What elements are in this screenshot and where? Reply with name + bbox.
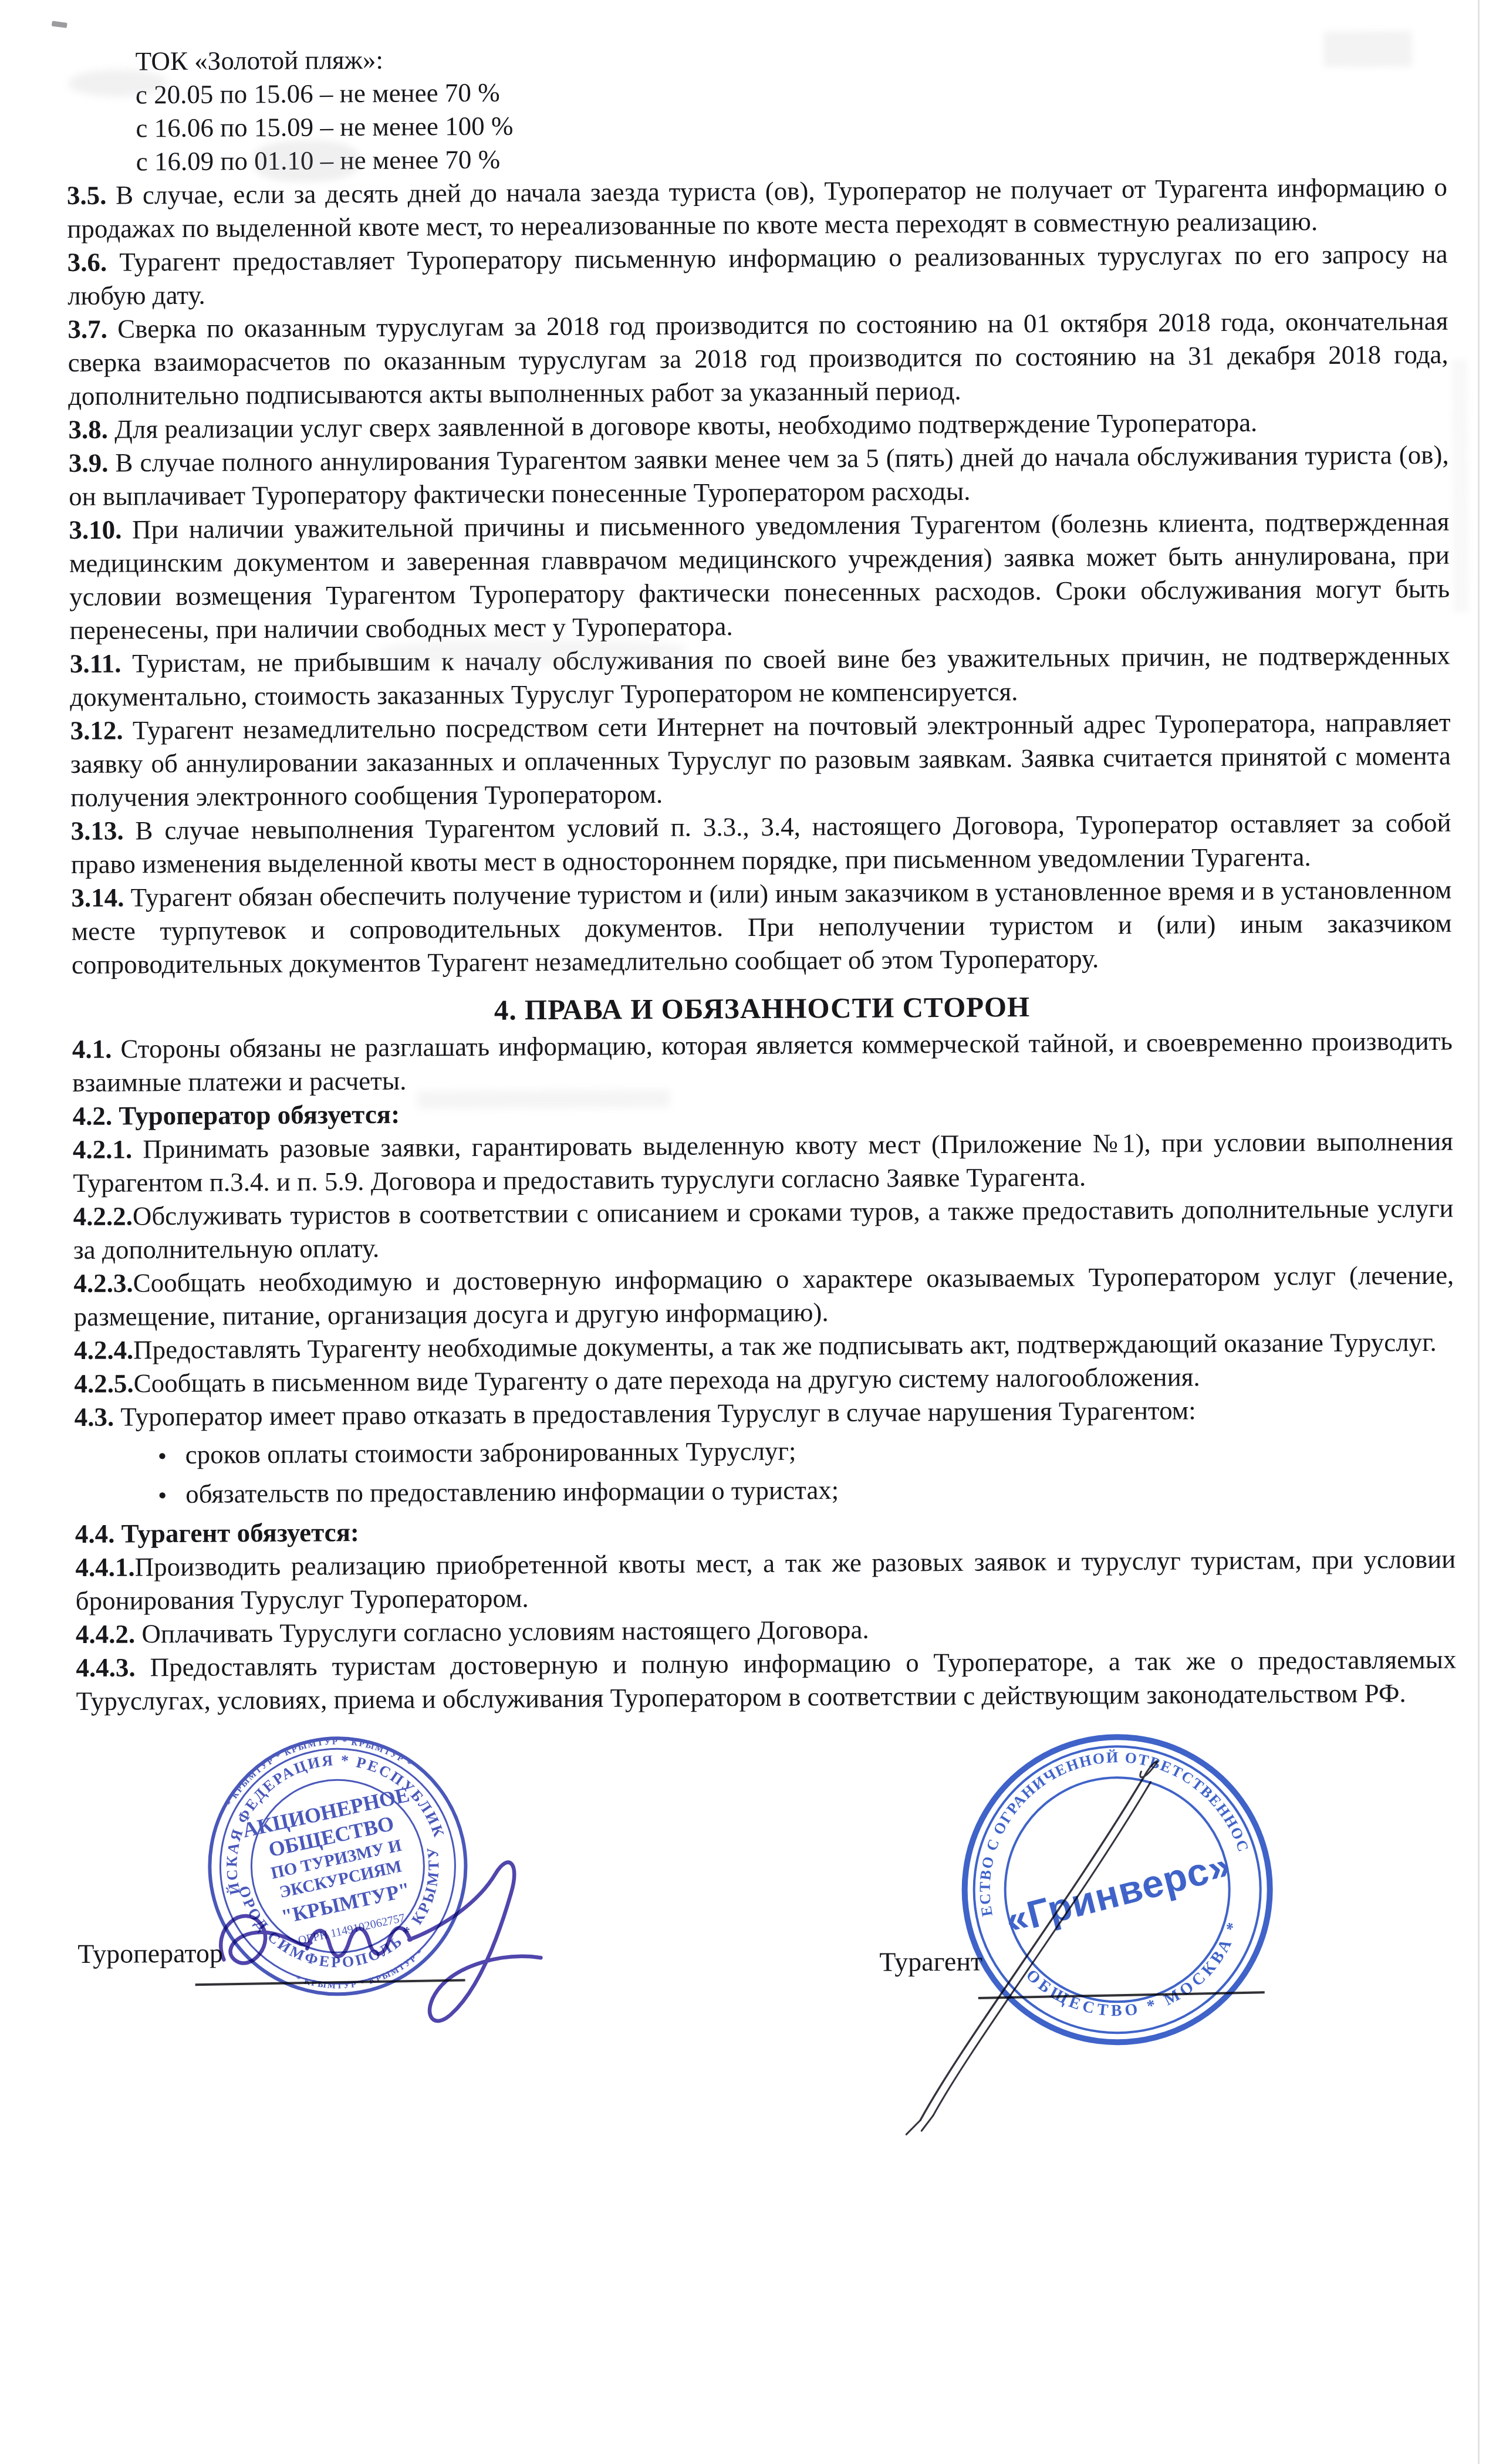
bullet-icon: ●	[158, 1479, 167, 1512]
contract-paragraph: 3.13. В случае невыполнения Турагентом у…	[70, 806, 1451, 881]
clause-number: 4.2.1.	[73, 1134, 133, 1164]
clause-number: 3.9.	[69, 448, 109, 478]
scanned-contract-page: ТОК «Золотой пляж»:с 20.05 по 15.06 – не…	[0, 0, 1496, 2464]
contract-paragraph: 3.11. Туристам, не прибывшим к началу об…	[70, 639, 1451, 714]
clause-number: 3.14.	[71, 883, 124, 913]
clause-number: 3.5.	[67, 181, 107, 210]
section-heading: 4. ПРАВА И ОБЯЗАННОСТИ СТОРОН	[72, 988, 1452, 1029]
contract-paragraph: 4.1. Стороны обязаны не разглашать инфор…	[72, 1025, 1453, 1100]
bullet-text: обязательств по предоставлению информаци…	[185, 1475, 839, 1509]
document-body: ТОК «Золотой пляж»:с 20.05 по 15.06 – не…	[66, 37, 1456, 1718]
contract-paragraph: 3.7. Сверка по оказанным туруслугам за 2…	[67, 305, 1448, 413]
clause-number: 4.2.2.	[73, 1201, 133, 1231]
clause-number: 4.4.1.	[75, 1552, 135, 1582]
clause-number: 4.2.4.	[74, 1335, 134, 1365]
bullet-item: ●обязательств по предоставлению информац…	[158, 1470, 1455, 1512]
clause-number: 3.12.	[70, 716, 123, 746]
clause-number: 4.2.3.	[73, 1268, 133, 1298]
clause-number: 4.2.5.	[74, 1368, 134, 1398]
clause-number: 4.3.	[75, 1402, 114, 1432]
scan-artifact	[52, 21, 67, 28]
contract-paragraph: 3.9. В случае полного аннулирования Тура…	[69, 438, 1450, 513]
clause-number: 3.6.	[67, 248, 107, 277]
clause-number: 4.1.	[72, 1035, 112, 1064]
clause-number: 3.11.	[70, 649, 121, 679]
contract-paragraph: 4.4.3. Предоставлять туристам достоверну…	[76, 1643, 1457, 1718]
clause-number: 3.7.	[67, 315, 107, 344]
bullet-text: сроков оплаты стоимости забронированных …	[185, 1437, 796, 1469]
bullet-item: ●сроков оплаты стоимости забронированных…	[158, 1431, 1455, 1473]
contract-paragraph: 3.12. Турагент незамедлительно посредств…	[70, 706, 1451, 814]
contract-paragraph: 3.14. Турагент обязан обеспечить получен…	[71, 873, 1452, 982]
contract-paragraph: 3.10. При наличии уважительной причины и…	[69, 505, 1450, 647]
clause-number: 4.4.3.	[76, 1652, 136, 1682]
scan-artifact	[1452, 360, 1469, 612]
contract-paragraph: 4.2.2.Обслуживать туристов в соответстви…	[73, 1192, 1454, 1267]
clause-number: 3.8.	[68, 415, 108, 444]
clause-number: 3.10.	[69, 515, 121, 545]
clause-number: 4.2.	[72, 1101, 112, 1131]
contract-paragraph: 3.5. В случае, если за десять дней до на…	[67, 171, 1448, 246]
contract-paragraph: 4.4.1.Производить реализацию приобретенн…	[75, 1543, 1456, 1618]
contract-paragraph: 3.6. Турагент предоставляет Туроператору…	[67, 238, 1448, 313]
contract-paragraph: 4.2.3.Сообщать необходимую и достоверную…	[73, 1259, 1454, 1334]
clause-number: 3.13.	[70, 816, 123, 846]
scan-content: ТОК «Золотой пляж»:с 20.05 по 15.06 – не…	[0, 0, 1496, 2464]
clause-number: 4.4.	[75, 1519, 115, 1549]
tour-operator-signature-icon	[184, 1832, 561, 2057]
clause-number: 4.4.2.	[76, 1619, 136, 1649]
tour-agent-signature-icon	[869, 1708, 1211, 2138]
bullet-icon: ●	[158, 1439, 167, 1473]
contract-paragraph: 4.2.1. Принимать разовые заявки, гаранти…	[73, 1125, 1454, 1200]
